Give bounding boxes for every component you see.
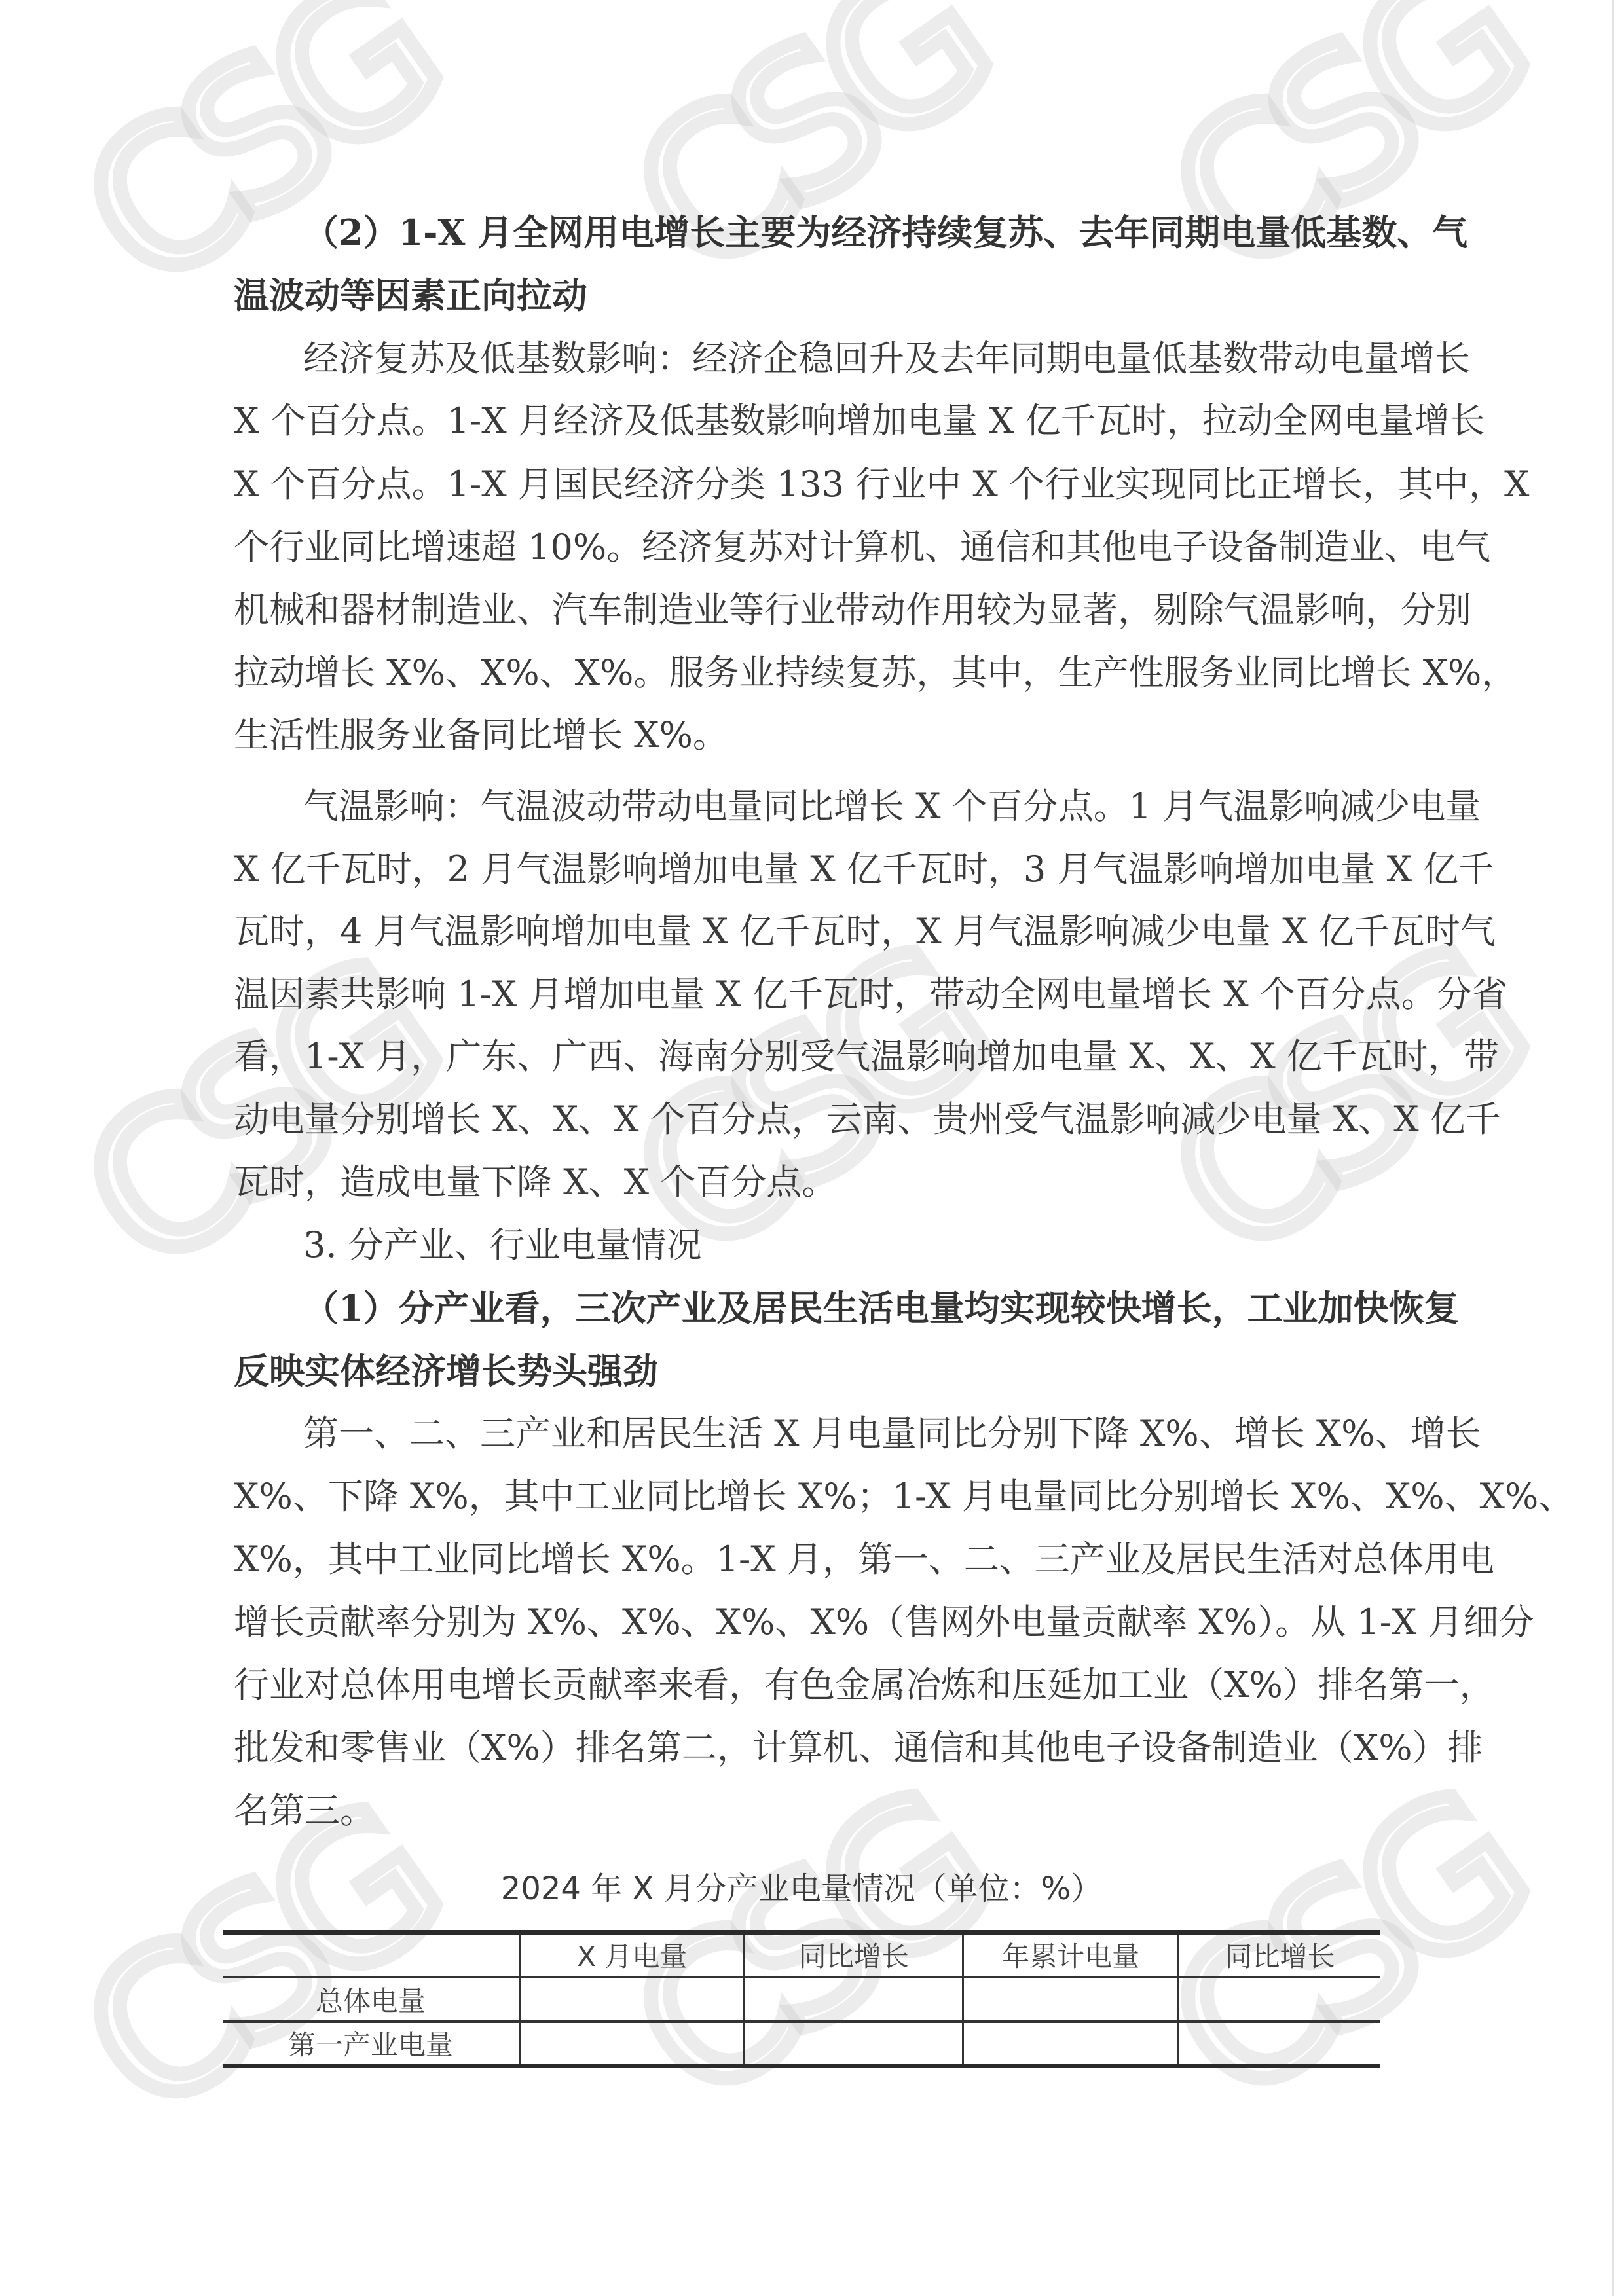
industry-electricity-table: X 月电量 同比增长 年累计电量 同比增长 总体电量 第一产业电量	[223, 1930, 1380, 2068]
paragraph-line: 行业对总体用电增长贡献率来看，有色金属冶炼和压延加工业（X%）排名第一，	[234, 1654, 1367, 1717]
paragraph-line: X 亿千瓦时，2 月气温影响增加电量 X 亿千瓦时，3 月气温影响增加电量 X …	[234, 838, 1367, 901]
paragraph-line: 瓦时，造成电量下降 X、X 个百分点。	[234, 1151, 1367, 1214]
paragraph-line: 个行业同比增速超 10%。经济复苏对计算机、通信和其他电子设备制造业、电气	[234, 516, 1367, 579]
table-caption: 2024 年 X 月分产业电量情况（单位：%）	[223, 1866, 1380, 1912]
scan-edge-line	[1612, 0, 1614, 2296]
subsection-heading-line: （1）分产业看，三次产业及居民生活电量均实现较快增长，工业加快恢复	[303, 1277, 1367, 1339]
paragraph-line: 第一、二、三产业和居民生活 X 月电量同比分别下降 X%、增长 X%、增长	[303, 1402, 1367, 1465]
paragraph-line: X 个百分点。1-X 月国民经济分类 133 行业中 X 个行业实现同比正增长，…	[234, 453, 1367, 516]
table-header-cell: 年累计电量	[963, 1933, 1179, 1977]
table-cell	[519, 1977, 745, 2022]
paragraph-line: X 个百分点。1-X 月经济及低基数影响增加电量 X 亿千瓦时，拉动全网电量增长	[234, 390, 1367, 452]
table-cell	[745, 2022, 963, 2066]
table-header-cell: 同比增长	[745, 1933, 963, 1977]
section-heading-line: 温波动等因素正向拉动	[234, 264, 1367, 327]
document-page: CSG CSG CSG CSG CSG CSG CSG CSG CSG （2）1…	[0, 0, 1624, 2296]
paragraph-line: 气温影响：气温波动带动电量同比增长 X 个百分点。1 月气温影响减少电量	[303, 775, 1367, 838]
table-cell	[745, 1977, 963, 2022]
table-header-cell	[223, 1933, 519, 1977]
table-header-cell: X 月电量	[519, 1933, 745, 1977]
table-cell	[1179, 1977, 1380, 2022]
paragraph-line: 批发和零售业（X%）排名第二，计算机、通信和其他电子设备制造业（X%）排	[234, 1717, 1367, 1779]
paragraph-line: 瓦时，4 月气温影响增加电量 X 亿千瓦时，X 月气温影响减少电量 X 亿千瓦时…	[234, 900, 1367, 963]
paragraph-line: 拉动增长 X%、X%、X%。服务业持续复苏，其中，生产性服务业同比增长 X%，	[234, 642, 1367, 704]
paragraph-line: 生活性服务业备同比增长 X%。	[234, 704, 1367, 767]
table-cell	[963, 1977, 1179, 2022]
table-row-label: 总体电量	[223, 1977, 519, 2022]
section-heading-line: （2）1-X 月全网用电增长主要为经济持续复苏、去年同期电量低基数、气	[303, 201, 1367, 264]
table-header-cell: 同比增长	[1179, 1933, 1380, 1977]
table-row-label: 第一产业电量	[223, 2022, 519, 2066]
table-row: 第一产业电量	[223, 2022, 1380, 2066]
table-cell	[963, 2022, 1179, 2066]
table-header-row: X 月电量 同比增长 年累计电量 同比增长	[223, 1933, 1380, 1977]
paragraph-line: 动电量分别增长 X、X、X 个百分点，云南、贵州受气温影响减少电量 X、X 亿千	[234, 1088, 1367, 1151]
paragraph-line: 机械和器材制造业、汽车制造业等行业带动作用较为显著，剔除气温影响，分别	[234, 579, 1367, 642]
paragraph-line: 温因素共影响 1-X 月增加电量 X 亿千瓦时，带动全网电量增长 X 个百分点。…	[234, 963, 1367, 1026]
table-cell	[519, 2022, 745, 2066]
paragraph-line: 经济复苏及低基数影响：经济企稳回升及去年同期电量低基数带动电量增长	[303, 327, 1367, 390]
paragraph-line: X%、下降 X%，其中工业同比增长 X%；1-X 月电量同比分别增长 X%、X%…	[234, 1465, 1367, 1528]
paragraph-line: 增长贡献率分别为 X%、X%、X%、X%（售网外电量贡献率 X%）。从 1-X …	[234, 1591, 1367, 1654]
table-row: 总体电量	[223, 1977, 1380, 2022]
subsection-heading-line: 反映实体经济增长势头强劲	[234, 1339, 1367, 1402]
table-cell	[1179, 2022, 1380, 2066]
paragraph-line: 名第三。	[234, 1779, 1367, 1842]
section-heading: 3. 分产业、行业电量情况	[303, 1214, 1367, 1277]
paragraph-line: 看，1-X 月，广东、广西、海南分别受气温影响增加电量 X、X、X 亿千瓦时，带	[234, 1025, 1367, 1088]
paragraph-line: X%，其中工业同比增长 X%。1-X 月，第一、二、三产业及居民生活对总体用电	[234, 1528, 1367, 1591]
